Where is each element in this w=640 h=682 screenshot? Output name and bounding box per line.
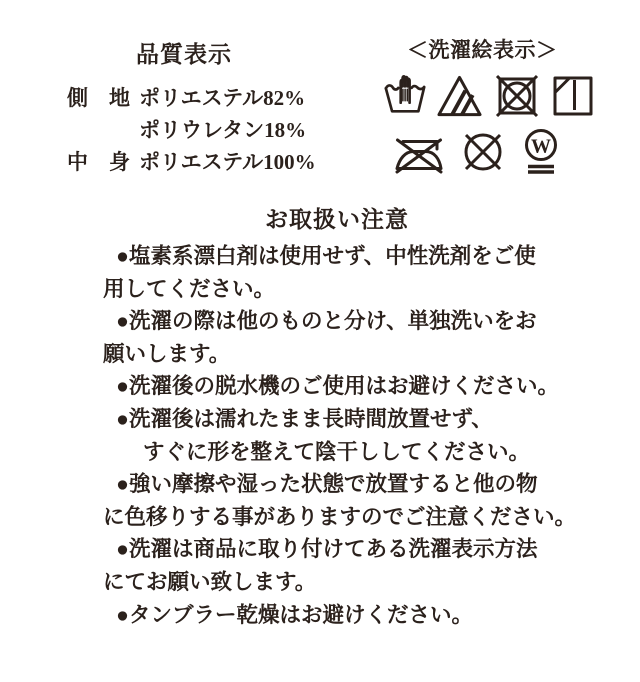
handling-instructions-list: ●塩素系漂白剤は使用せず、中性洗剤をご使用してください。●洗濯の際は他のものと分… (103, 240, 573, 631)
material-row: 側 地ポリエステル82% (67, 82, 316, 114)
gentle-wet-clean-icon: W (520, 128, 562, 178)
instruction-line: に色移りする事がありますのでご注意ください。 (103, 501, 573, 534)
care-label-page: 品質表示 側 地ポリエステル82%ポリウレタン18%中 身ポリエステル100% … (0, 0, 640, 682)
instruction-line: ●洗濯後の脱水機のご使用はお避けください。 (103, 370, 573, 403)
material-row: ポリウレタン18% (67, 114, 316, 146)
instruction-line: ●塩素系漂白剤は使用せず、中性洗剤をご使 (103, 240, 573, 273)
non-chlorine-bleach-icon (436, 72, 483, 120)
care-symbols-title: ＜洗濯絵表示＞ (407, 34, 558, 64)
material-composition-value: ポリエステル82% (139, 86, 305, 110)
material-composition-value: ポリエステル100% (139, 150, 316, 174)
instruction-line: 願いします。 (103, 338, 573, 371)
material-part-label: 側 地 (67, 82, 139, 114)
instruction-line: ●洗濯は商品に取り付けてある洗濯表示方法 (103, 533, 573, 566)
do-not-dry-clean-icon (459, 128, 507, 176)
instruction-line: にてお願い致します。 (103, 566, 573, 599)
material-part-label: 中 身 (67, 146, 139, 178)
quality-display-title: 品質表示 (136, 36, 232, 69)
instruction-line: ●タンブラー乾燥はお避けください。 (103, 599, 573, 632)
instruction-line: ●洗濯の際は他のものと分け、単独洗いをお (103, 305, 573, 338)
care-symbols-row-2: W (392, 128, 595, 178)
shade-line-dry-icon (551, 72, 595, 120)
hand-wash-tub-icon (383, 72, 427, 120)
instruction-line: すぐに形を整えて陰干ししてください。 (103, 436, 573, 469)
care-symbols-row-1 (383, 72, 595, 120)
handling-instructions-title: お取扱い注意 (265, 201, 409, 234)
do-not-iron-icon (392, 128, 446, 176)
care-symbols: W (383, 72, 595, 178)
instruction-line: ●洗濯後は濡れたまま長時間放置せず、 (103, 403, 573, 436)
instruction-line: ●強い摩擦や湿った状態で放置すると他の物 (103, 468, 573, 501)
svg-text:W: W (531, 136, 551, 158)
do-not-tumble-dry-icon (492, 72, 542, 120)
material-row: 中 身ポリエステル100% (67, 146, 316, 178)
material-composition-value: ポリウレタン18% (139, 118, 306, 142)
materials-list: 側 地ポリエステル82%ポリウレタン18%中 身ポリエステル100% (67, 82, 316, 178)
instruction-line: 用してください。 (103, 273, 573, 306)
